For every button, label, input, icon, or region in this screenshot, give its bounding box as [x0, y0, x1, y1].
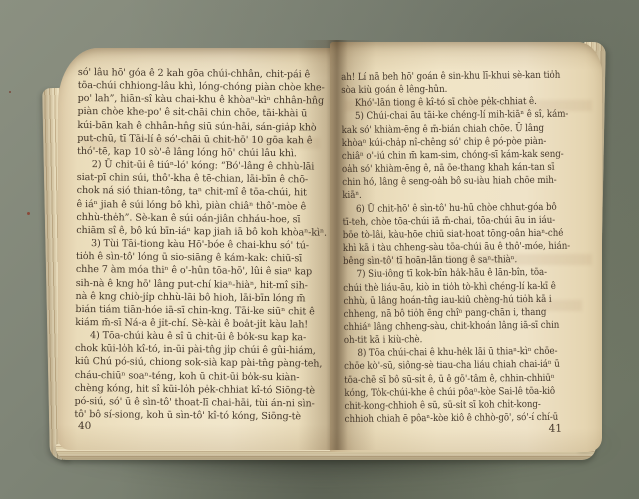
right-page-text: ah! Lí nā beh hō' goán ê sin-khu lī-khui…: [341, 69, 573, 427]
open-book: só' lâu hō' góa ê 2 kah gōa chúi-chhân, …: [44, 38, 604, 464]
left-page-text: só' lâu hō' góa ê 2 kah gōa chúi-chhân, …: [74, 66, 329, 424]
text-line: chhiáⁿ lâng chheng-sàu, chit-khoán lâng …: [344, 319, 573, 335]
text-line: tô' bô sí-siong, koh ū sìn-tô' kî-tó kón…: [74, 408, 326, 424]
left-page-number: 40: [78, 420, 91, 432]
photo-background: só' lâu hō' góa ê 2 kah gōa chúi-chhân, …: [0, 0, 639, 499]
text-line: ah! Lí nā beh hō' goán ê sin-khu lī-khui…: [341, 69, 570, 85]
text-line: khì kā i tàu chheng-sàu tōa-chúi āu ê th…: [343, 240, 572, 256]
right-page-number: 41: [494, 423, 562, 436]
dust-speck: [27, 212, 30, 215]
dust-speck: [9, 91, 11, 93]
